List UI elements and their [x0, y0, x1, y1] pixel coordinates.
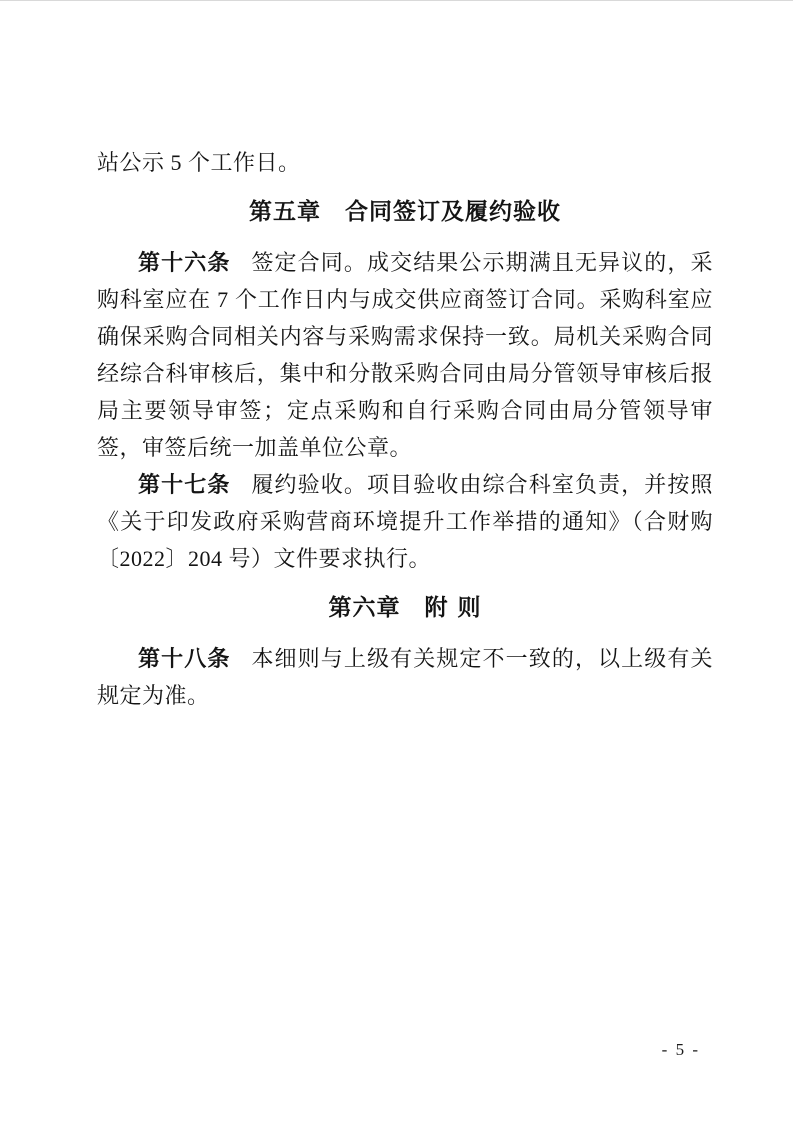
chapter-6-heading: 第六章 附 则 [97, 590, 713, 627]
article-18-paragraph: 第十八条本细则与上级有关规定不一致的，以上级有关规定为准。 [97, 640, 713, 714]
article-16-label: 第十六条 [138, 250, 230, 275]
page-top-edge [0, 0, 793, 1]
article-16-paragraph: 第十六条签定合同。成交结果公示期满且无异议的，采购科室应在 7 个工作日内与成交… [97, 244, 713, 466]
page-number: - 5 - [0, 1040, 700, 1060]
article-17-paragraph: 第十七条履约验收。项目验收由综合科室负责，并按照《关于印发政府采购营商环境提升工… [97, 466, 713, 577]
document-page: 站公示 5 个工作日。 第五章 合同签订及履约验收 第十六条签定合同。成交结果公… [0, 0, 793, 1122]
chapter-5-heading: 第五章 合同签订及履约验收 [97, 194, 713, 231]
article-18-label: 第十八条 [138, 646, 230, 671]
document-content: 站公示 5 个工作日。 第五章 合同签订及履约验收 第十六条签定合同。成交结果公… [97, 144, 713, 714]
article-16-text: 签定合同。成交结果公示期满且无异议的，采购科室应在 7 个工作日内与成交供应商签… [97, 250, 713, 460]
article-17-label: 第十七条 [138, 472, 230, 497]
continuation-line: 站公示 5 个工作日。 [97, 144, 713, 181]
